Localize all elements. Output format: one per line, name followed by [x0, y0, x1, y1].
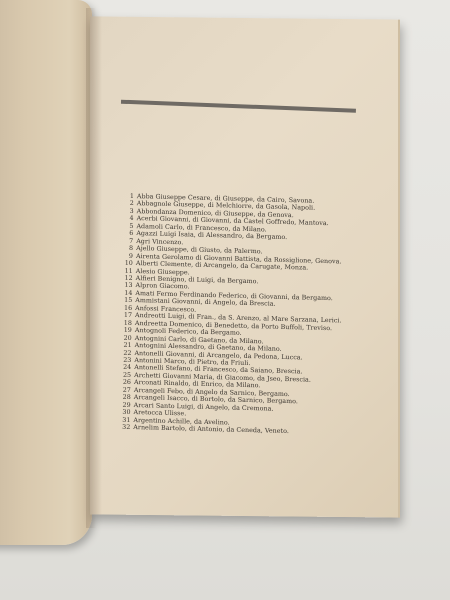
gutter-shadow: [90, 16, 102, 514]
left-page: [0, 0, 92, 545]
name-list: 1Abba Giuseppe Cesare, di Giuseppe, da C…: [120, 193, 394, 438]
header-rule: [121, 100, 356, 113]
document-page: 1Abba Giuseppe Cesare, di Giuseppe, da C…: [90, 16, 400, 517]
entry-number: 32: [120, 424, 130, 432]
